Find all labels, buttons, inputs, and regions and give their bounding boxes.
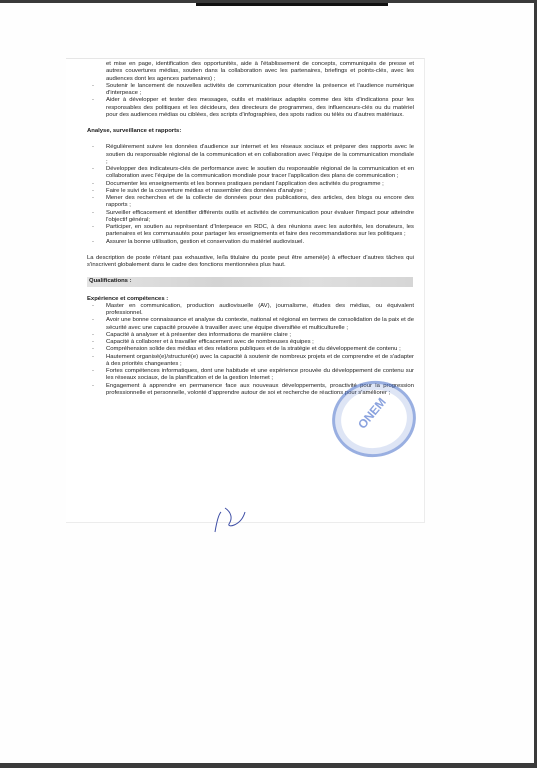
list-item: Documenter les enseignements et les bonn… [87, 181, 414, 188]
list-item: Capacité à collaborer et à travailler ef… [87, 339, 414, 346]
list-item: Mener des recherches et de la collecte d… [87, 195, 414, 210]
document-page: et mise en page, identification des oppo… [0, 3, 534, 763]
signature-icon [211, 506, 247, 534]
list-item: Master en communication, production audi… [87, 303, 414, 318]
list-item: Régulièrement suivre les données d'audie… [87, 144, 414, 166]
list-item: Hautement organisé(e)/structuré(e) avec … [87, 354, 414, 369]
analysis-list: Régulièrement suivre les données d'audie… [87, 144, 414, 246]
viewer-top-bar [196, 3, 388, 6]
document-content: et mise en page, identification des oppo… [87, 61, 414, 397]
qualifications-heading: Qualifications : [87, 277, 413, 286]
list-item: Avoir une bonne connaissance et analyse … [87, 317, 414, 332]
list-item: Soutenir le lancement de nouvelles activ… [87, 83, 414, 98]
list-item: Assurer la bonne utilisation, gestion et… [87, 239, 414, 246]
analysis-heading: Analyse, surveillance et rapports: [87, 128, 414, 135]
list-item: Développer des indicateurs-clés de perfo… [87, 166, 414, 181]
list-item: Compréhension solide des médias et des r… [87, 346, 414, 353]
top-list: Soutenir le lancement de nouvelles activ… [87, 83, 414, 119]
intro-continuation: et mise en page, identification des oppo… [87, 61, 414, 83]
list-item: Fortes compétences informatiques, dont u… [87, 368, 414, 383]
stamp-text: ONEM [355, 395, 389, 432]
list-item: Participer, en soutien au représentant d… [87, 224, 414, 239]
experience-heading: Expérience et compétences : [87, 296, 414, 303]
list-item: Aider à développer et tester des message… [87, 97, 414, 119]
list-item: Capacité à analyser et à présenter des i… [87, 332, 414, 339]
disclaimer-paragraph: La description de poste n'étant pas exha… [87, 255, 414, 270]
list-item: Surveiller efficacement et identifier di… [87, 210, 414, 225]
list-item: Faire le suivi de la couverture médias e… [87, 188, 414, 195]
